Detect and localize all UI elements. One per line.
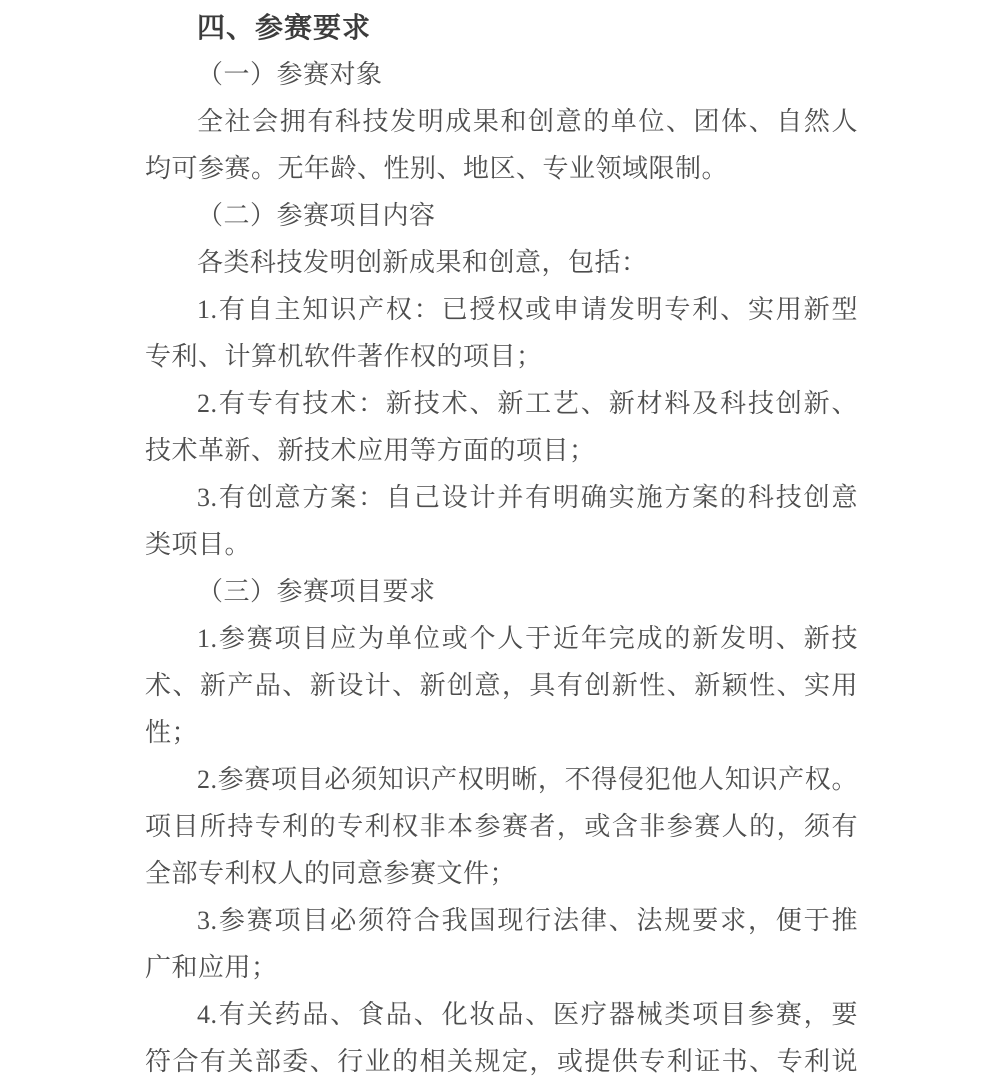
text-line: 类项目。	[145, 521, 858, 568]
text-line: 各类科技发明创新成果和创意，包括：	[145, 239, 858, 286]
document-page: 四、参赛要求（一）参赛对象全社会拥有科技发明成果和创意的单位、团体、自然人均可参…	[0, 0, 1000, 1092]
text-line: 符合有关部委、行业的相关规定，或提供专利证书、专利说	[145, 1038, 858, 1085]
text-line: （二）参赛项目内容	[145, 192, 858, 239]
text-line: 1.参赛项目应为单位或个人于近年完成的新发明、新技	[145, 615, 858, 662]
text-line: 广和应用；	[145, 944, 858, 991]
text-line: 术、新产品、新设计、新创意，具有创新性、新颖性、实用	[145, 662, 858, 709]
text-line: （一）参赛对象	[145, 51, 858, 98]
text-line: 项目所持专利的专利权非本参赛者，或含非参赛人的，须有	[145, 803, 858, 850]
text-line: 3.参赛项目必须符合我国现行法律、法规要求，便于推	[145, 897, 858, 944]
text-line: 性；	[145, 709, 858, 756]
text-line: 1.有自主知识产权：已授权或申请发明专利、实用新型	[145, 286, 858, 333]
text-line: 全部专利权人的同意参赛文件；	[145, 850, 858, 897]
document-body: 四、参赛要求（一）参赛对象全社会拥有科技发明成果和创意的单位、团体、自然人均可参…	[145, 4, 858, 1085]
text-line: （三）参赛项目要求	[145, 568, 858, 615]
text-line: 4.有关药品、食品、化妆品、医疗器械类项目参赛，要	[145, 991, 858, 1038]
text-line: 全社会拥有科技发明成果和创意的单位、团体、自然人	[145, 98, 858, 145]
section-heading: 四、参赛要求	[145, 4, 858, 51]
text-line: 2.参赛项目必须知识产权明晰，不得侵犯他人知识产权。	[145, 756, 858, 803]
text-line: 专利、计算机软件著作权的项目；	[145, 333, 858, 380]
text-line: 3.有创意方案：自己设计并有明确实施方案的科技创意	[145, 474, 858, 521]
text-line: 均可参赛。无年龄、性别、地区、专业领域限制。	[145, 145, 858, 192]
text-line: 2.有专有技术：新技术、新工艺、新材料及科技创新、	[145, 380, 858, 427]
text-line: 技术革新、新技术应用等方面的项目；	[145, 427, 858, 474]
